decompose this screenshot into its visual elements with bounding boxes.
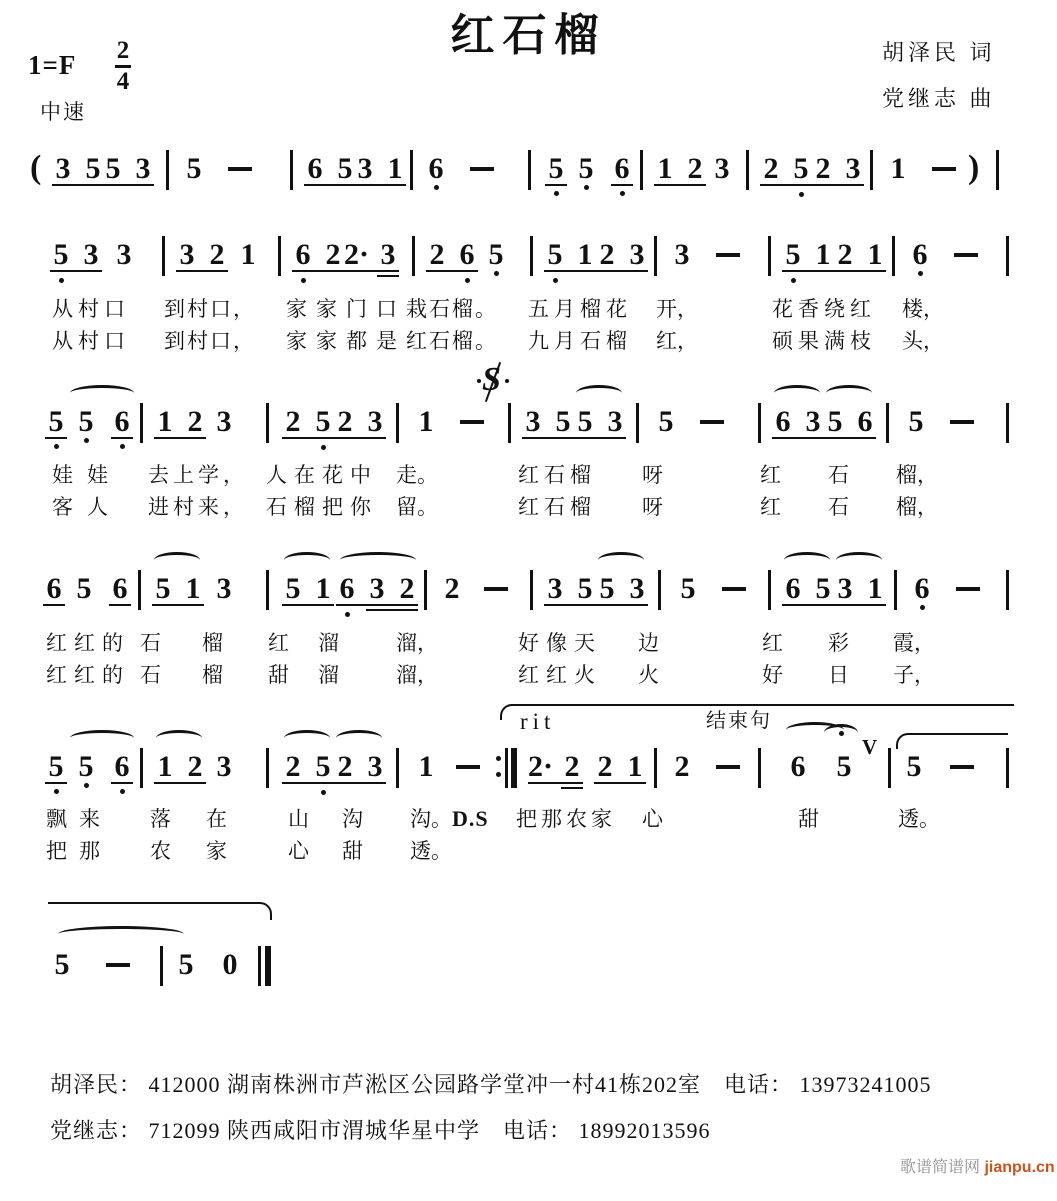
thin-bar <box>258 946 261 986</box>
note: 0 <box>218 948 242 982</box>
sheet-music-page: 红石榴 胡泽民 词 党继志 曲 1=F 2 4 中速 (355356531655… <box>0 0 1057 1201</box>
note: 5 <box>50 948 74 982</box>
slur-arc <box>58 926 184 942</box>
system-6: 550 <box>0 0 1057 1201</box>
duration-dash <box>106 963 130 967</box>
watermark: 歌谱简谱网 jianpu.cn <box>900 1158 1055 1178</box>
note-digit: 0 <box>223 948 238 981</box>
phrase-line <box>48 902 272 920</box>
watermark-site-url: jianpu.cn <box>984 1159 1054 1176</box>
footer-contact-line-1: 胡泽民： 412000 湖南株洲市芦淞区公园路学堂冲一村41栋202室 电话： … <box>50 1072 932 1098</box>
final-barline <box>258 946 272 986</box>
barline <box>160 946 163 986</box>
footer-contact-line-2: 党继志： 712099 陕西咸阳市渭城华星中学 电话： 18992013596 <box>50 1118 711 1144</box>
note-digit: 5 <box>55 948 70 981</box>
score-area: (355356531655612325231)533321622·3265512… <box>0 0 1057 1201</box>
thick-bar <box>265 946 271 986</box>
watermark-site-name: 歌谱简谱网 <box>900 1159 984 1176</box>
note: 5 <box>174 948 198 982</box>
note-digit: 5 <box>179 948 194 981</box>
